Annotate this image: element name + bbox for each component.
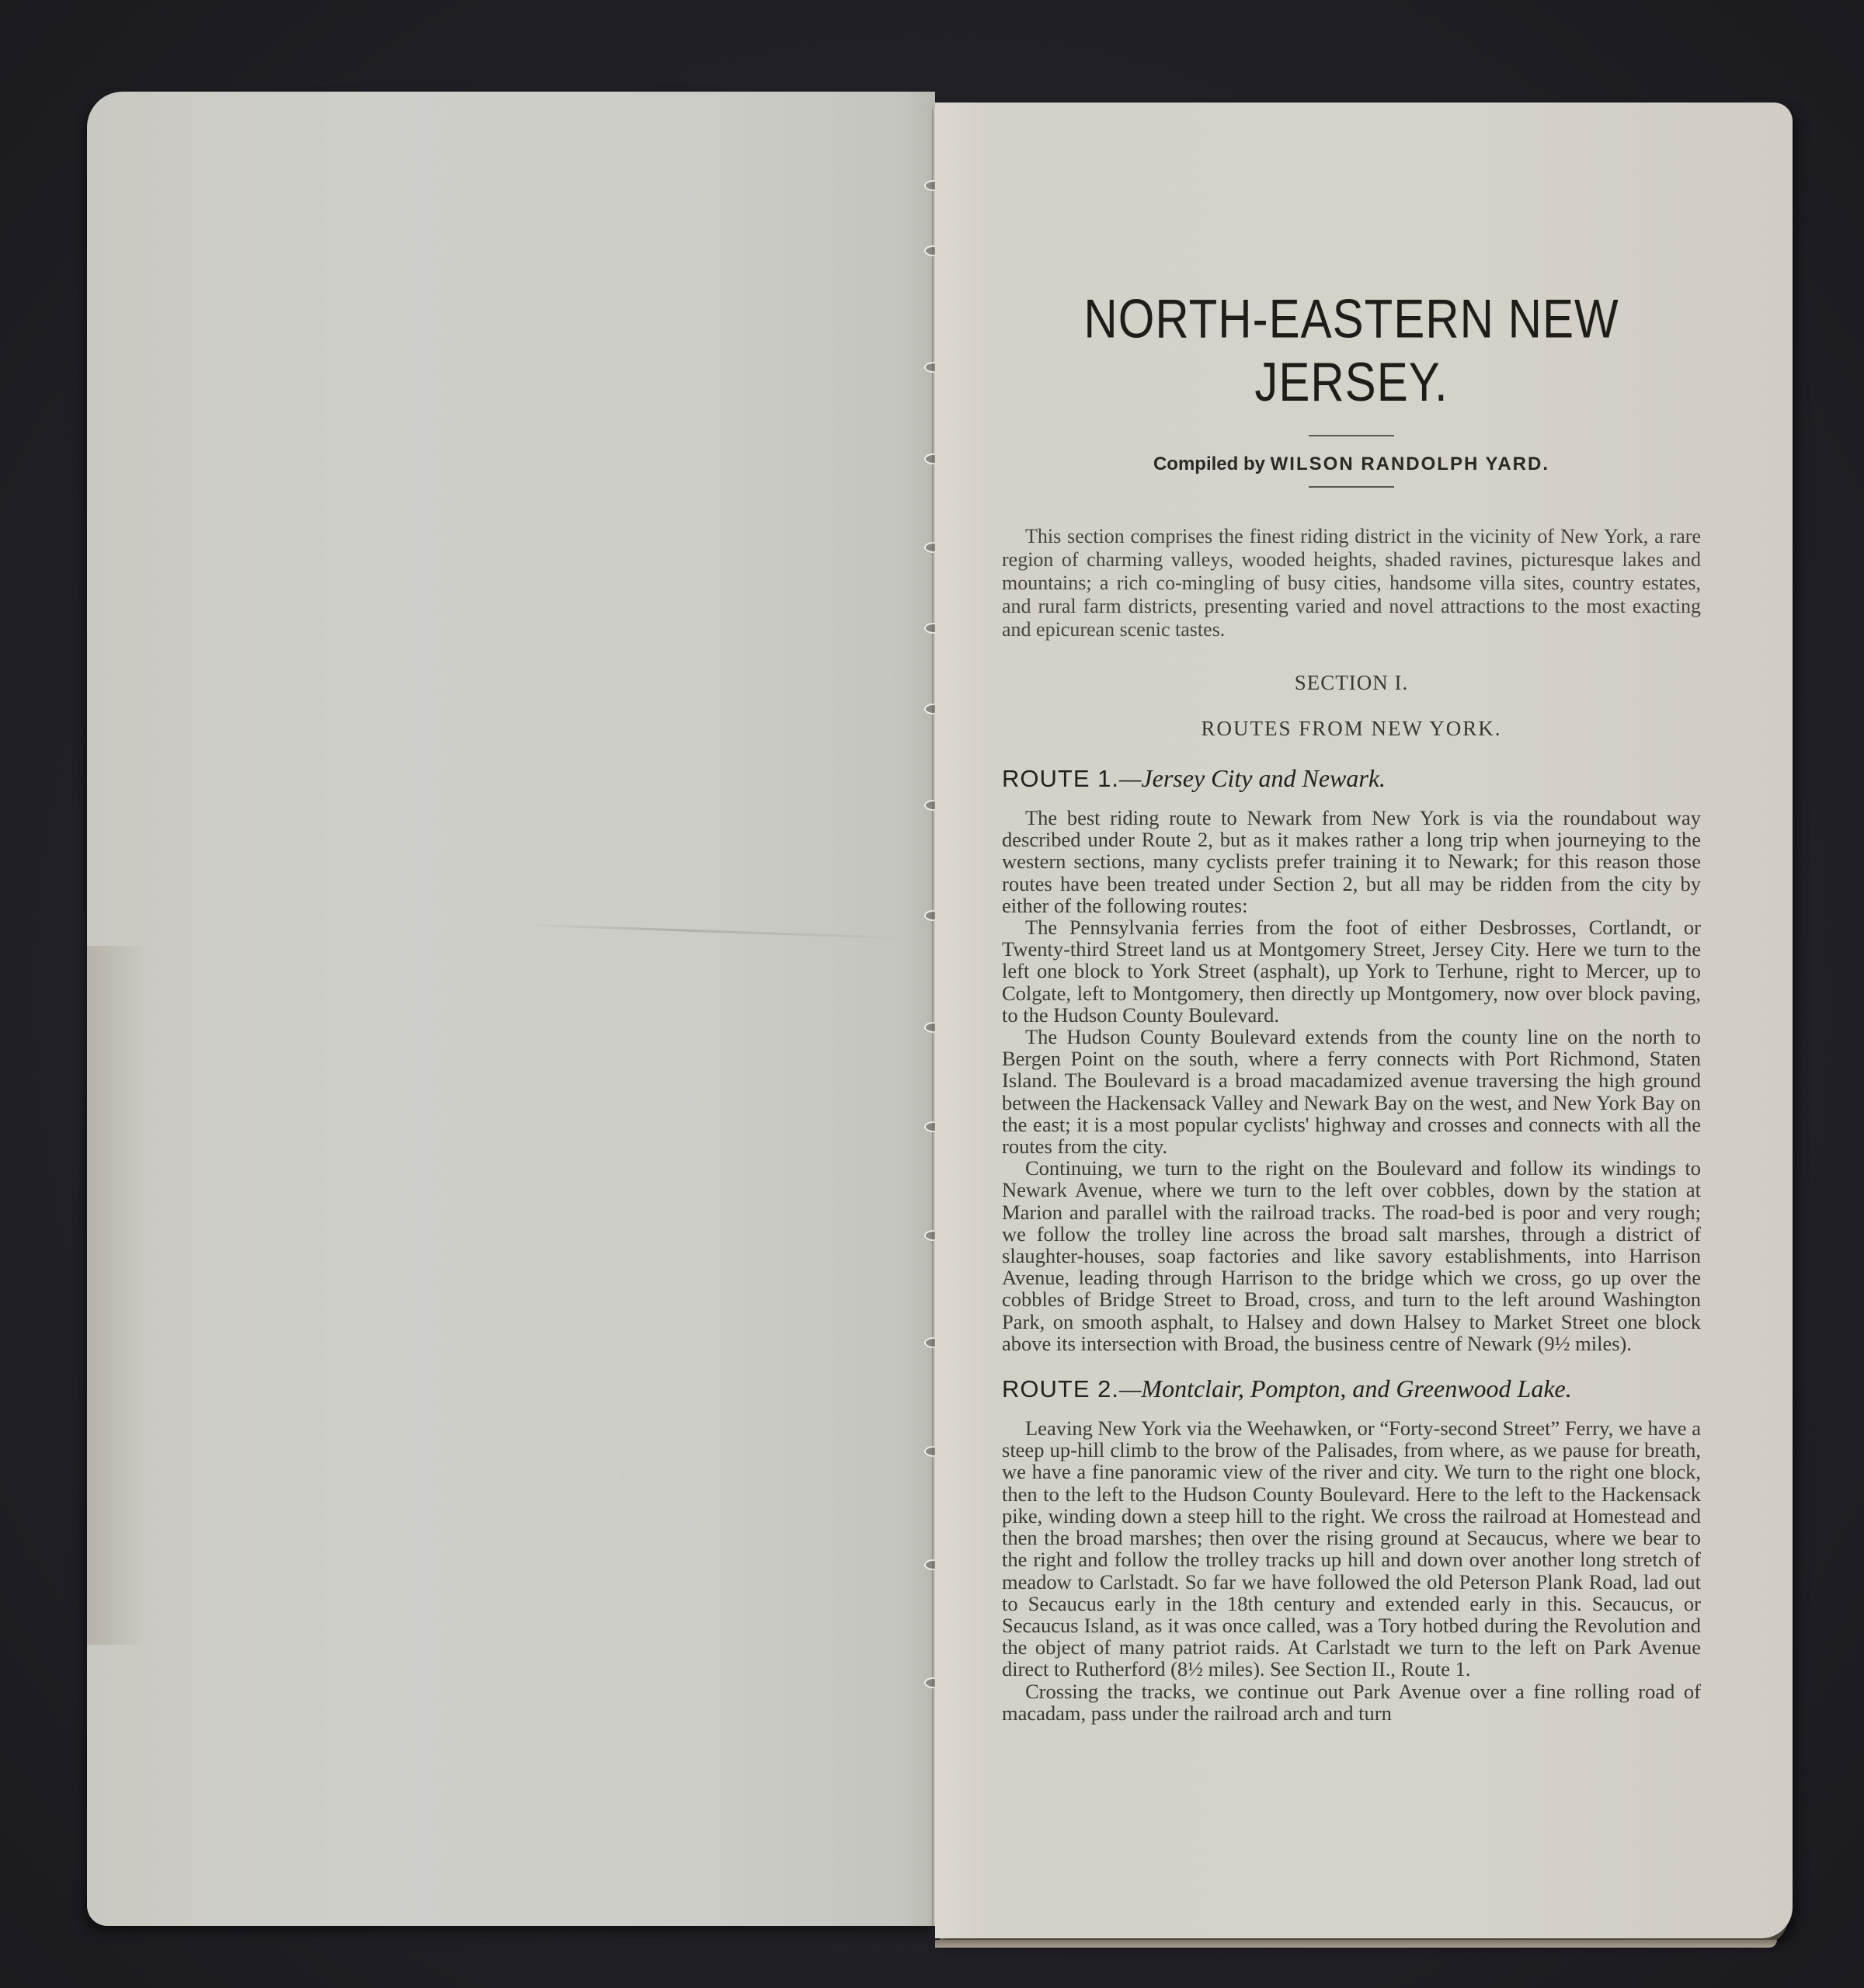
section-heading: SECTION I. [1002, 671, 1701, 695]
route-number: ROUTE 2. [1002, 1375, 1119, 1402]
body-paragraph: The Pennsylvania ferries from the foot o… [1002, 916, 1701, 1026]
route-number: ROUTE 1. [1002, 765, 1119, 792]
page-text: NORTH-EASTERN NEW JERSEY. Compiled by WI… [1002, 180, 1701, 1724]
route-heading: ROUTE 1.—Jersey City and Newark. [1002, 764, 1701, 793]
byline-prefix: Compiled by [1153, 454, 1265, 474]
right-page: NORTH-EASTERN NEW JERSEY. Compiled by WI… [935, 103, 1793, 1938]
byline-author: WILSON RANDOLPH YARD. [1271, 454, 1549, 474]
body-paragraph: Leaving New York via the Weehawken, or “… [1002, 1417, 1701, 1680]
body-paragraph: The best riding route to Newark from New… [1002, 807, 1701, 916]
page-stain [87, 946, 149, 1645]
route-heading: ROUTE 2.—Montclair, Pompton, and Greenwo… [1002, 1375, 1701, 1403]
divider [1309, 435, 1394, 436]
byline: Compiled by WILSON RANDOLPH YARD. [1002, 454, 1701, 475]
section-subheading: ROUTES FROM NEW YORK. [1002, 717, 1701, 741]
route-title: —Jersey City and Newark. [1119, 764, 1386, 792]
paper-crease [522, 923, 910, 939]
body-paragraph: The Hudson County Boulevard extends from… [1002, 1026, 1701, 1157]
divider [1309, 486, 1394, 488]
route-title: —Montclair, Pompton, and Greenwood Lake. [1119, 1375, 1572, 1402]
page-title: NORTH-EASTERN NEW JERSEY. [1002, 287, 1701, 414]
page-edges [935, 1940, 1777, 1948]
intro-paragraph: This section comprises the finest riding… [1002, 525, 1701, 641]
body-paragraph: Crossing the tracks, we continue out Par… [1002, 1680, 1701, 1724]
body-paragraph: Continuing, we turn to the right on the … [1002, 1157, 1701, 1354]
left-page-blank [87, 92, 935, 1926]
